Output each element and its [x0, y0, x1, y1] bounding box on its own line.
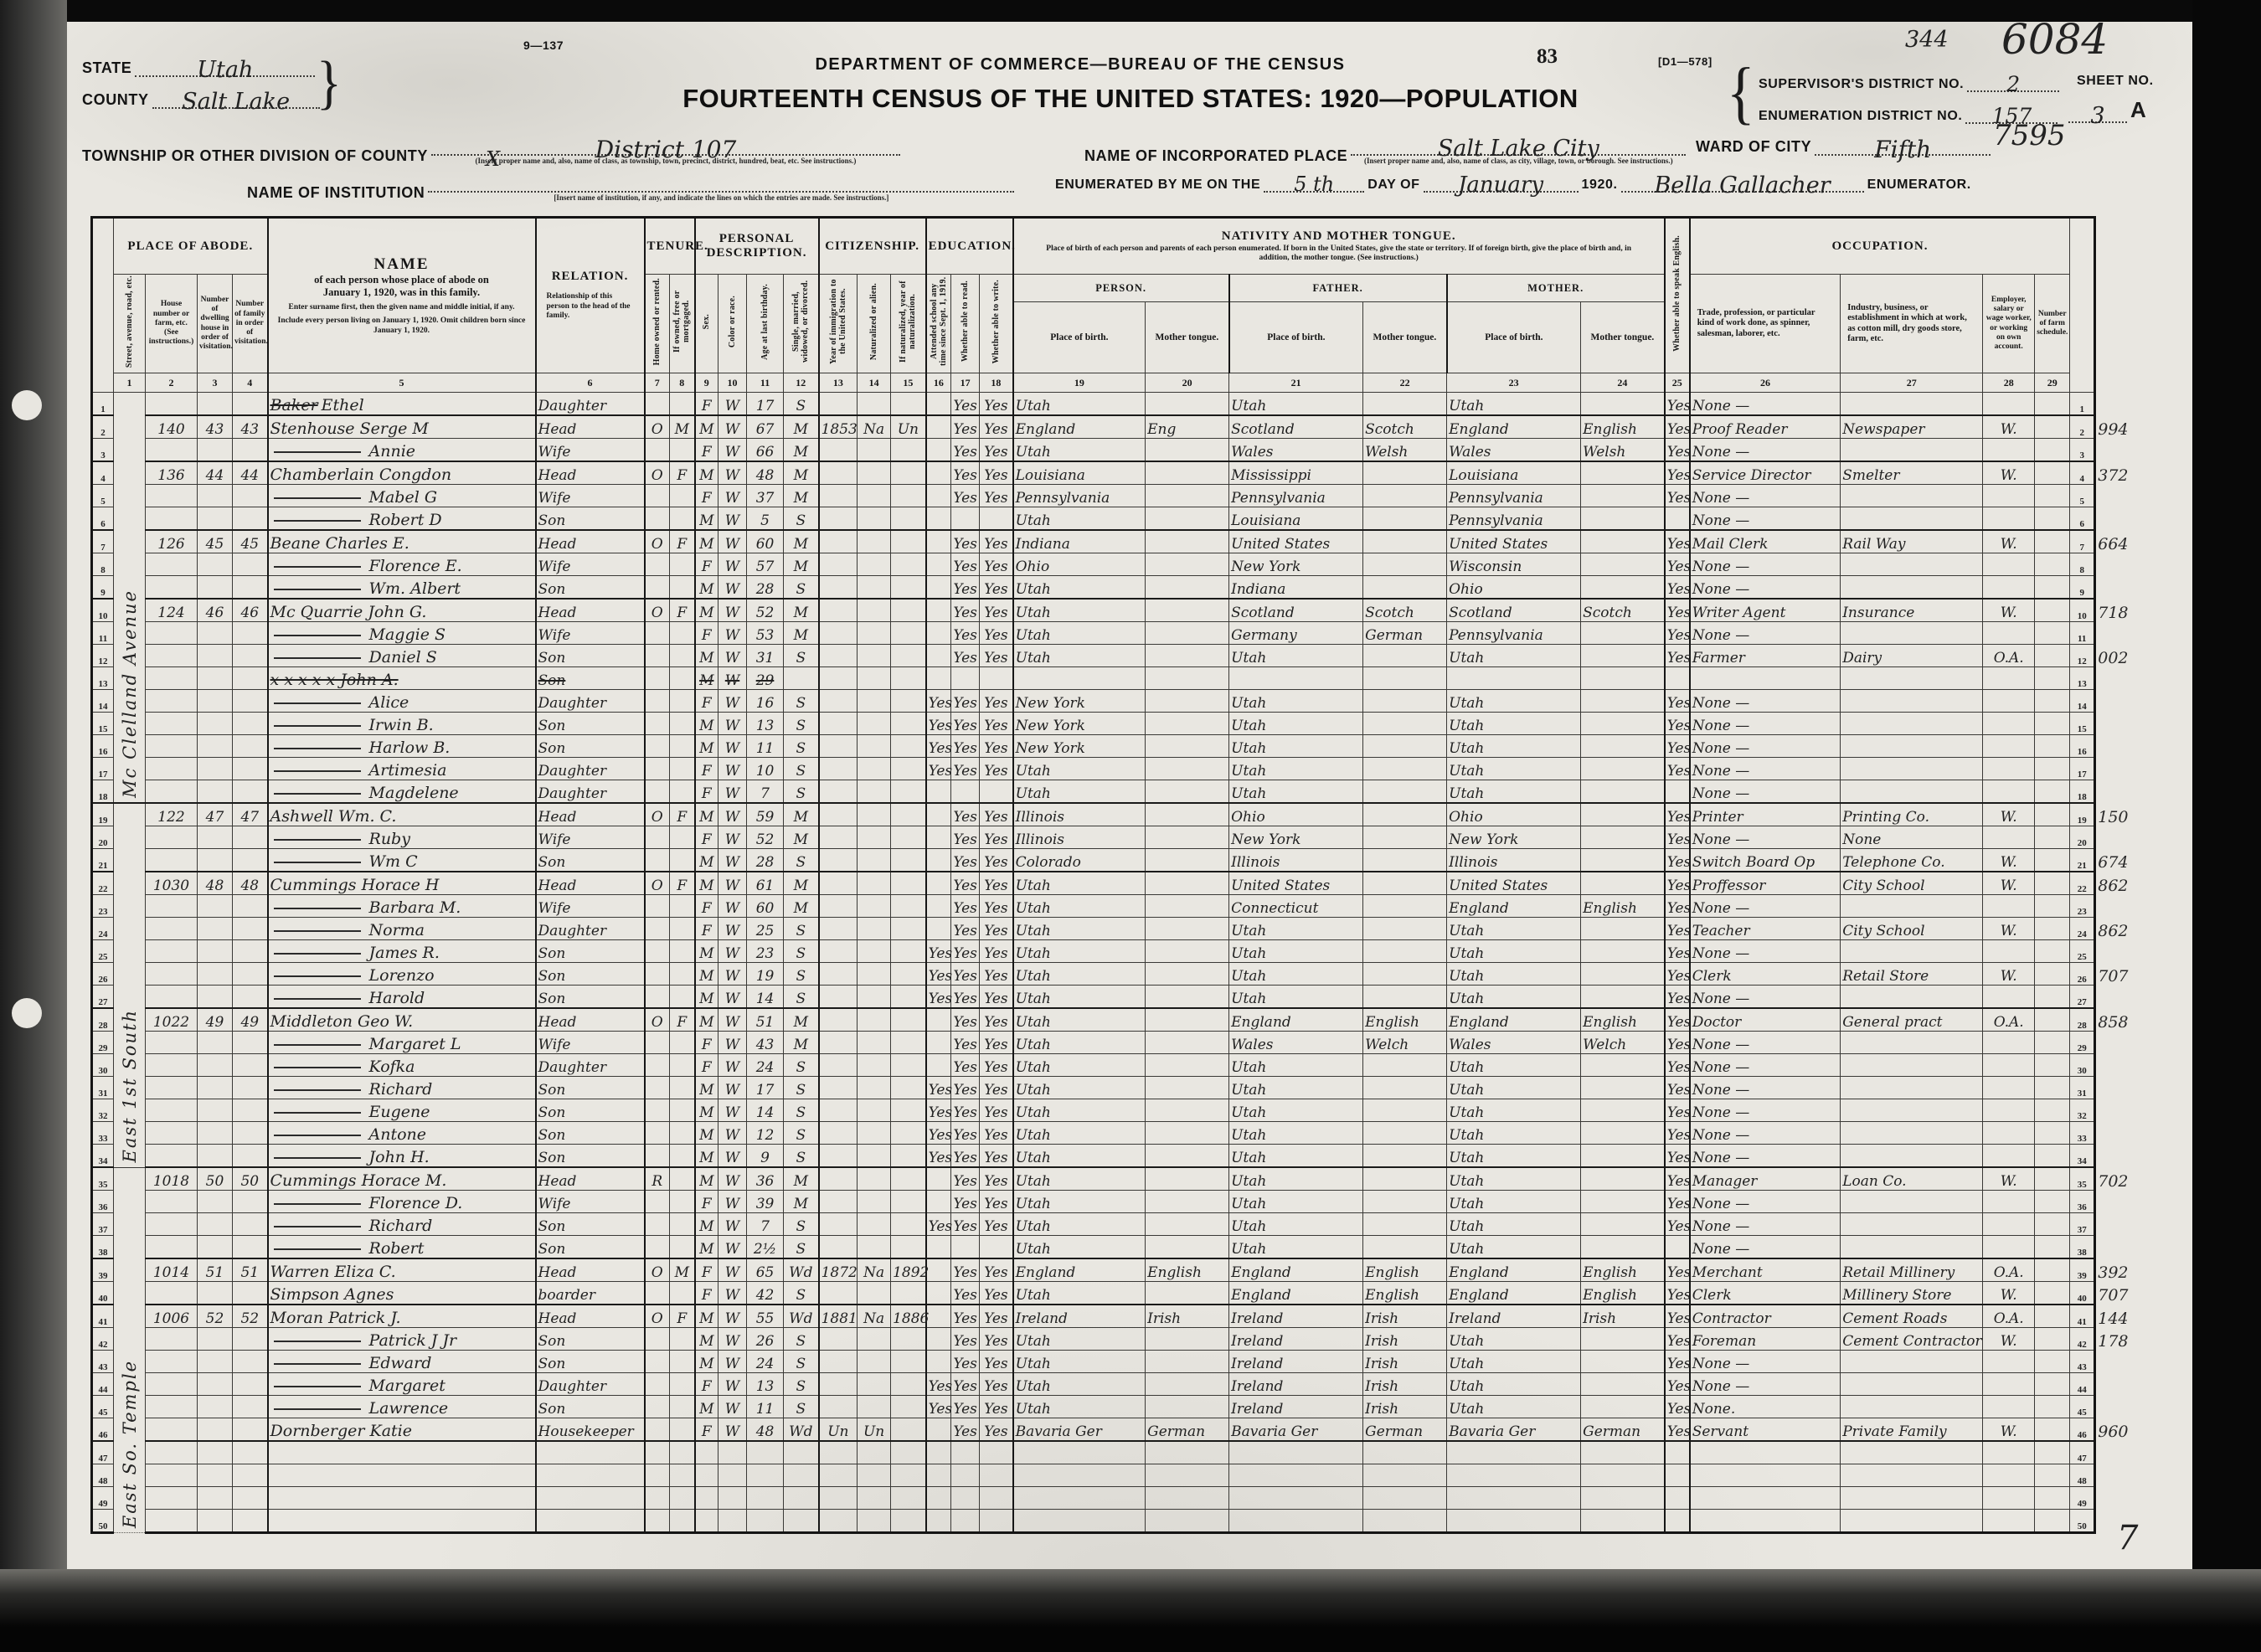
cell-value-mt: Irish: [1147, 1310, 1181, 1327]
cell-o: [645, 553, 670, 576]
cell-fm: [2035, 918, 2070, 940]
cell-value-cr: W: [725, 1127, 739, 1144]
cell-ft: German: [1363, 1418, 1447, 1442]
cell-h: 122: [146, 803, 198, 826]
cell-value-rd: Yes: [953, 1104, 977, 1121]
cell-fb: Ohio: [1229, 803, 1363, 826]
cell-value-mr: S: [796, 763, 806, 780]
cell-value-cr: W: [725, 1059, 739, 1076]
ditto-dash: [274, 1360, 361, 1365]
cell-im: [819, 1236, 858, 1259]
cell-ft: German: [1363, 622, 1447, 645]
cell-d: 43: [198, 415, 233, 439]
cell-value-cr: W: [725, 1150, 739, 1166]
cell-na: [858, 1396, 891, 1418]
cell-im: [819, 667, 858, 690]
cell-fb: Utah: [1229, 940, 1363, 963]
cell-f: [233, 963, 268, 986]
group-education: EDUCATION.: [926, 218, 1013, 275]
cell-value-rl: Wife: [538, 900, 571, 917]
cell-value-em: O.A.: [1994, 650, 2024, 666]
cell-o: O: [645, 530, 670, 553]
cell-sx: F: [695, 1032, 718, 1054]
cell-ind: [1841, 1213, 1983, 1236]
cell-value-ag: 57: [756, 558, 775, 575]
cell-en: Yes: [1665, 576, 1690, 600]
cell-value-sc: Yes: [929, 740, 953, 757]
cell-tr: [1690, 667, 1841, 690]
column-number: 26: [1690, 373, 1841, 393]
cell-fm: [2035, 393, 2070, 416]
cell-d: [198, 1213, 233, 1236]
person-name: Cummings Horace M.: [270, 1171, 447, 1190]
cell-fb: Pennsylvania: [1229, 485, 1363, 507]
cell-value-fb: Ireland: [1231, 1310, 1283, 1327]
cell-na: [858, 622, 891, 645]
cell-rd: Yes: [951, 895, 980, 918]
cell-tr: [1690, 1487, 1841, 1510]
cell-value-fb: New York: [1231, 831, 1300, 848]
line-number: 23: [92, 895, 114, 918]
cell-value-ind: Millinery Store: [1842, 1287, 1951, 1304]
cell-mt: [1146, 1487, 1229, 1510]
person-name: Margaret: [369, 1377, 446, 1395]
cell-en: Yes: [1665, 1122, 1690, 1145]
cell-m: [670, 690, 695, 713]
cell-value-mb: England: [1449, 1264, 1509, 1281]
cell-ft: [1363, 1213, 1447, 1236]
cell-value-ny: Un: [898, 421, 919, 438]
cell-mmt: [1581, 622, 1665, 645]
cell-value-pb: Utah: [1016, 1104, 1051, 1121]
cell-f: [233, 1351, 268, 1373]
line-number: 45: [92, 1396, 114, 1418]
cell-wr: [980, 507, 1013, 531]
cell-mt: [1146, 1077, 1229, 1099]
cell-ag: 14: [747, 986, 784, 1009]
cell-value-mr: S: [796, 1287, 806, 1304]
line-number-right: 29: [2070, 1032, 2095, 1054]
margin-note: [2095, 1054, 2167, 1077]
cell-en: Yes: [1665, 918, 1690, 940]
cell-wr: Yes: [980, 1099, 1013, 1122]
cell-value-rl: Wife: [538, 1037, 571, 1053]
cell-value-mr: S: [796, 1218, 806, 1235]
cell-en: Yes: [1665, 485, 1690, 507]
cell-m: [670, 1487, 695, 1510]
cell-tr: Printer: [1690, 803, 1841, 826]
cell-sx: F: [695, 1373, 718, 1396]
cell-value-ft: Irish: [1365, 1378, 1398, 1395]
cell-fm: [2035, 507, 2070, 531]
cell-na: [858, 576, 891, 600]
cell-value-wr: Yes: [984, 1333, 1008, 1350]
cell-value-wr: Yes: [984, 1356, 1008, 1372]
cell-nm: Simpson Agnes: [268, 1282, 536, 1305]
cell-value-rd: Yes: [953, 740, 977, 757]
line-number-right: 5: [2070, 485, 2095, 507]
cell-mmt: [1581, 963, 1665, 986]
line-number-right: 6: [2070, 507, 2095, 531]
line-number: 37: [92, 1213, 114, 1236]
cell-value-ag: 13: [756, 1378, 775, 1395]
cell-ft: [1363, 1191, 1447, 1213]
cell-sc: Yes: [926, 1373, 951, 1396]
cell-value-fb: England: [1231, 1287, 1291, 1304]
margin-note: [2095, 1351, 2167, 1373]
table-row: 21404343Stenhouse Serge MHeadOMMW67M1853…: [92, 415, 2167, 439]
person-name: Ethel: [322, 396, 364, 414]
cell-mt: [1146, 1396, 1229, 1418]
cell-em: W.: [1983, 849, 2035, 872]
column-sex: Sex.: [695, 275, 718, 373]
cell-m: F: [670, 872, 695, 895]
cell-mt: [1146, 1328, 1229, 1351]
line-number-right: 47: [2070, 1441, 2095, 1464]
line-number-column-header: [92, 218, 114, 393]
census-body: 1Mc Clelland AvenueBaker EthelDaughterFW…: [92, 393, 2167, 1533]
cell-m: [670, 1054, 695, 1077]
cell-cr: W: [718, 918, 747, 940]
margin-note: [2095, 1236, 2167, 1259]
cell-h: 1030: [146, 872, 198, 895]
cell-value-wr: Yes: [984, 1082, 1008, 1099]
cell-value-fb: Utah: [1231, 718, 1266, 734]
cell-mmt: [1581, 1487, 1665, 1510]
cell-nm: [268, 1487, 536, 1510]
cell-value-fb: Germany: [1231, 627, 1297, 644]
cell-value-mb: Utah: [1449, 1104, 1484, 1121]
cell-h: [146, 1145, 198, 1168]
cell-rl: Daughter: [536, 1373, 645, 1396]
cell-m: [670, 758, 695, 780]
column-street: Street, avenue, road, etc.: [114, 275, 146, 373]
cell-value-tr: None.: [1692, 1401, 1736, 1418]
cell-f: [233, 735, 268, 758]
cell-im: [819, 1510, 858, 1533]
cell-rd: Yes: [951, 1351, 980, 1373]
cell-d: [198, 1328, 233, 1351]
cell-value-h: 122: [157, 809, 184, 826]
cell-value-fb: England: [1231, 1264, 1291, 1281]
cell-tr: None —: [1690, 553, 1841, 576]
cell-tr: Clerk: [1690, 1282, 1841, 1305]
margin-note-value: 144: [2098, 1310, 2128, 1328]
cell-m: [670, 667, 695, 690]
cell-value-h: 124: [157, 605, 184, 621]
line-number: 29: [92, 1032, 114, 1054]
cell-value-mr: S: [796, 1241, 806, 1258]
cell-mmt: [1581, 461, 1665, 485]
cell-m: [670, 826, 695, 849]
state-field: Utah: [135, 55, 315, 77]
cell-wr: Yes: [980, 713, 1013, 735]
cell-ag: 25: [747, 918, 784, 940]
cell-cr: W: [718, 553, 747, 576]
margin-note: [2095, 1373, 2167, 1396]
cell-mt: [1146, 622, 1229, 645]
cell-value-tr: None —: [1692, 1218, 1750, 1235]
cell-value-cr: W: [725, 627, 739, 644]
cell-sx: [695, 1510, 718, 1533]
ditto-dash: [274, 563, 361, 568]
cell-fb: Germany: [1229, 622, 1363, 645]
cell-value-sx: F: [702, 900, 712, 917]
cell-mmt: [1581, 1464, 1665, 1487]
punch-hole: [12, 998, 42, 1028]
cell-value-mb: Wisconsin: [1449, 558, 1522, 575]
cell-tr: None —: [1690, 690, 1841, 713]
cell-en: Yes: [1665, 1008, 1690, 1032]
cell-rd: Yes: [951, 758, 980, 780]
line-number-right: 43: [2070, 1351, 2095, 1373]
table-row: 2810224949Middleton Geo W.HeadOFMW51MYes…: [92, 1008, 2167, 1032]
cell-value-ag: 13: [756, 718, 775, 734]
cell-f: [233, 986, 268, 1009]
cell-wr: Yes: [980, 986, 1013, 1009]
cell-h: [146, 986, 198, 1009]
cell-pb: Utah: [1013, 918, 1146, 940]
cell-nm: Irwin B.: [268, 713, 536, 735]
cell-mr: Wd: [784, 1418, 819, 1442]
cell-wr: Yes: [980, 1054, 1013, 1077]
cell-mr: S: [784, 645, 819, 667]
cell-mr: [784, 1464, 819, 1487]
cell-d: [198, 1282, 233, 1305]
cell-fm: [2035, 1418, 2070, 1442]
cell-mt: [1146, 1167, 1229, 1191]
cell-ft: Irish: [1363, 1305, 1447, 1328]
cell-value-mt: Eng: [1147, 421, 1176, 438]
cell-value-fb: Scotland: [1231, 605, 1295, 621]
cell-nm: Baker Ethel: [268, 393, 536, 416]
cell-wr: Yes: [980, 485, 1013, 507]
cell-value-rd: Yes: [953, 1150, 977, 1166]
cell-mb: England: [1447, 415, 1581, 439]
margin-note: [2095, 713, 2167, 735]
cell-mr: M: [784, 461, 819, 485]
cell-mmt: [1581, 1510, 1665, 1533]
cell-rl: boarder: [536, 1282, 645, 1305]
margin-note: 707: [2095, 963, 2167, 986]
cell-value-wr: Yes: [984, 1127, 1008, 1144]
cell-sc: [926, 826, 951, 849]
cell-value-cr: W: [725, 1378, 739, 1395]
cell-value-ag: 55: [756, 1310, 775, 1327]
cell-nm: Florence E.: [268, 553, 536, 576]
cell-sc: Yes: [926, 690, 951, 713]
cell-en: Yes: [1665, 713, 1690, 735]
cell-f: [233, 940, 268, 963]
cell-value-wr: Yes: [984, 718, 1008, 734]
cell-ag: 52: [747, 826, 784, 849]
cell-pb: Utah: [1013, 1213, 1146, 1236]
margin-note-value: 002: [2098, 649, 2128, 667]
cell-value-mb: Utah: [1449, 1401, 1484, 1418]
cell-rd: Yes: [951, 1191, 980, 1213]
cell-value-ag: 61: [756, 877, 775, 894]
cell-ag: [747, 1464, 784, 1487]
cell-h: [146, 826, 198, 849]
cell-na: [858, 986, 891, 1009]
cell-sc: Yes: [926, 1099, 951, 1122]
line-number: 43: [92, 1351, 114, 1373]
cell-sx: [695, 1464, 718, 1487]
person-name: Warren Eliza C.: [270, 1263, 396, 1281]
cell-h: [146, 1032, 198, 1054]
cell-sc: [926, 553, 951, 576]
cell-pb: Colorado: [1013, 849, 1146, 872]
cell-f: [233, 1441, 268, 1464]
cell-d: [198, 1373, 233, 1396]
cell-ny: [891, 918, 926, 940]
cell-value-sc: Yes: [929, 1218, 953, 1235]
table-row: 36Florence D.WifeFW39MYesYesUtahUtahUtah…: [92, 1191, 2167, 1213]
cell-mb: Utah: [1447, 1167, 1581, 1191]
cell-value-ind: Telephone Co.: [1842, 854, 1944, 871]
cell-o: [645, 1054, 670, 1077]
cell-sx: M: [695, 1099, 718, 1122]
cell-rd: Yes: [951, 940, 980, 963]
cell-fm: [2035, 986, 2070, 1009]
cell-fm: [2035, 599, 2070, 622]
ditto-dash: [274, 744, 361, 749]
cell-value-rl: Son: [538, 1127, 566, 1144]
cell-rl: Son: [536, 1351, 645, 1373]
cell-ag: 11: [747, 1396, 784, 1418]
cell-sx: M: [695, 713, 718, 735]
line-number-right: 46: [2070, 1418, 2095, 1442]
cell-ft: [1363, 826, 1447, 849]
cell-rl: Head: [536, 1167, 645, 1191]
ditto-dash: [274, 1337, 361, 1342]
cell-f: [233, 826, 268, 849]
margin-note-value: 702: [2098, 1172, 2128, 1191]
cell-rl: Son: [536, 645, 645, 667]
cell-fb: Utah: [1229, 735, 1363, 758]
cell-f: [233, 667, 268, 690]
cell-im: [819, 485, 858, 507]
cell-mr: S: [784, 1396, 819, 1418]
cell-sc: [926, 1032, 951, 1054]
cell-value-f: 46: [240, 605, 259, 621]
cell-value-cr: W: [725, 831, 739, 848]
cell-rd: Yes: [951, 1305, 980, 1328]
cell-nm: Harlow B.: [268, 735, 536, 758]
cell-tr: Manager: [1690, 1167, 1841, 1191]
census-sheet: STATE Utah COUNTY Salt Lake } 9—137 DEPA…: [67, 22, 2192, 1569]
line-number-right: 48: [2070, 1464, 2095, 1487]
cell-value-mr: S: [796, 923, 806, 939]
cell-d: [198, 1441, 233, 1464]
cell-m: [670, 645, 695, 667]
cell-mr: S: [784, 393, 819, 416]
cell-o: [645, 622, 670, 645]
cell-rd: [951, 1487, 980, 1510]
cell-value-en: Yes: [1667, 581, 1692, 598]
cell-fb: Utah: [1229, 1236, 1363, 1259]
cell-f: 48: [233, 872, 268, 895]
cell-value-ag: 37: [756, 490, 775, 507]
line-number-right: 15: [2070, 713, 2095, 735]
cell-mr: [784, 1441, 819, 1464]
cell-o: [645, 758, 670, 780]
cell-mb: Utah: [1447, 758, 1581, 780]
cell-ag: [747, 1510, 784, 1533]
cell-m: F: [670, 1008, 695, 1032]
cell-value-sx: M: [699, 1082, 713, 1099]
cell-em: [1983, 1351, 2035, 1373]
right-brace: {: [1727, 54, 1755, 134]
cell-ft: [1363, 1099, 1447, 1122]
cell-ny: [891, 780, 926, 804]
cell-sx: F: [695, 439, 718, 462]
margin-note: [2095, 622, 2167, 645]
cell-na: [858, 461, 891, 485]
cell-value-fb: United States: [1231, 877, 1330, 894]
cell-pb: Utah: [1013, 507, 1146, 531]
cell-value-ind: City School: [1842, 877, 1924, 894]
form-number: 9—137: [523, 39, 564, 52]
group-personal-description: PERSONAL DESCRIPTION.: [695, 218, 819, 275]
cell-pb: Utah: [1013, 940, 1146, 963]
cell-wr: Yes: [980, 1032, 1013, 1054]
cell-tr: None —: [1690, 622, 1841, 645]
cell-value-wr: Yes: [984, 740, 1008, 757]
cell-mb: Utah: [1447, 690, 1581, 713]
cell-value-sc: Yes: [929, 1082, 953, 1099]
cell-ft: Irish: [1363, 1373, 1447, 1396]
cell-ag: 17: [747, 1077, 784, 1099]
cell-value-mb: Wales: [1449, 444, 1491, 461]
cell-tr: Farmer: [1690, 645, 1841, 667]
cell-value-tr: None —: [1692, 695, 1750, 712]
cell-value-em: W.: [2001, 421, 2017, 438]
cell-mr: S: [784, 849, 819, 872]
cell-value-tr: None —: [1692, 490, 1750, 507]
cell-en: Yes: [1665, 415, 1690, 439]
cell-im: [819, 918, 858, 940]
cell-im: [819, 1373, 858, 1396]
ditto-dash: [274, 836, 361, 841]
person-name: Dornberger Katie: [270, 1422, 413, 1440]
cell-im: [819, 1008, 858, 1032]
cell-ft: [1363, 1167, 1447, 1191]
cell-value-tr: Mail Clerk: [1692, 536, 1769, 553]
cell-value-en: Yes: [1667, 968, 1692, 985]
cell-m: [670, 1351, 695, 1373]
cell-ind: [1841, 1487, 1983, 1510]
cell-ind: [1841, 986, 1983, 1009]
margin-note: [2095, 1487, 2167, 1510]
cell-ny: [891, 1464, 926, 1487]
line-number: 40: [92, 1282, 114, 1305]
cell-fb: Utah: [1229, 758, 1363, 780]
cell-im: [819, 986, 858, 1009]
cell-value-mr: S: [796, 1082, 806, 1099]
cell-o: [645, 849, 670, 872]
cell-ny: 1892: [891, 1258, 926, 1282]
cell-mb: Utah: [1447, 1328, 1581, 1351]
cell-wr: Yes: [980, 622, 1013, 645]
cell-em: [1983, 1510, 2035, 1533]
county-value: Salt Lake: [182, 89, 290, 115]
cell-en: Yes: [1665, 1328, 1690, 1351]
cell-value-rd: Yes: [953, 605, 977, 621]
cell-f: [233, 780, 268, 804]
line-number: 15: [92, 713, 114, 735]
cell-value-en: Yes: [1667, 605, 1692, 621]
